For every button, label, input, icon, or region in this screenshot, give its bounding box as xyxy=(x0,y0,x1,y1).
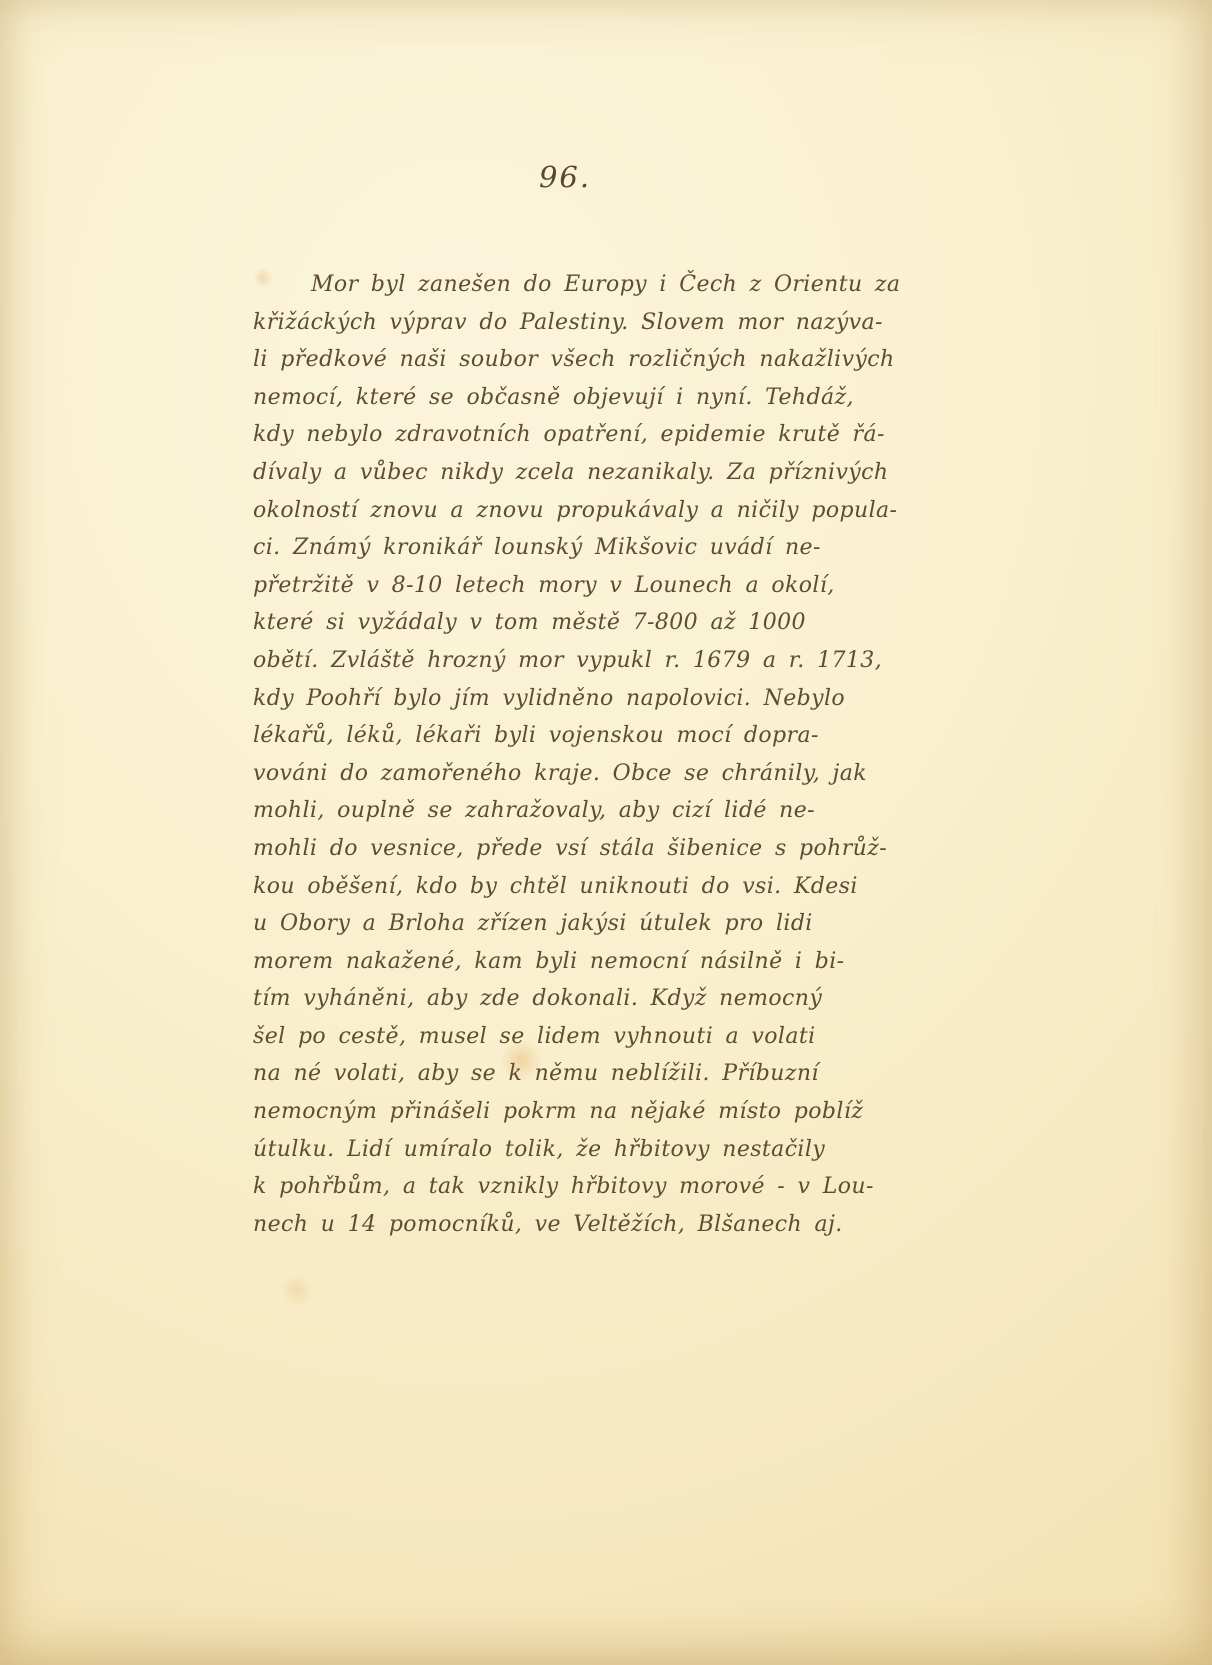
text-line: morem nakažené, kam byli nemocní násilně… xyxy=(253,943,953,981)
text-line: na né volati, aby se k němu neblížili. P… xyxy=(253,1055,953,1093)
text-line: okolností znovu a znovu propukávaly a ni… xyxy=(253,492,953,530)
text-line: dívaly a vůbec nikdy zcela nezanikaly. Z… xyxy=(253,454,953,492)
text-line: šel po cestě, musel se lidem vyhnouti a … xyxy=(253,1018,953,1056)
text-line: křižáckých výprav do Palestiny. Slovem m… xyxy=(253,304,953,342)
text-line: kou oběšení, kdo by chtěl uniknouti do v… xyxy=(253,868,953,906)
text-line: li předkové naši soubor všech rozličných… xyxy=(253,341,953,379)
text-line: ci. Známý kronikář lounský Mikšovic uvád… xyxy=(253,529,953,567)
text-line: tím vyháněni, aby zde dokonali. Když nem… xyxy=(253,980,953,1018)
text-line: nemocí, které se občasně objevují i nyní… xyxy=(253,379,953,417)
text-line: kdy nebylo zdravotních opatření, epidemi… xyxy=(253,416,953,454)
manuscript-page-scan: 96. Mor byl zanešen do Europy i Čech z O… xyxy=(0,0,1212,1665)
text-line: útulku. Lidí umíralo tolik, že hřbitovy … xyxy=(253,1131,953,1169)
text-line: vováni do zamořeného kraje. Obce se chrá… xyxy=(253,755,953,793)
text-line: mohli do vesnice, přede vsí stála šibeni… xyxy=(253,830,953,868)
paper-stain xyxy=(280,1275,314,1305)
text-line: nemocným přinášeli pokrm na nějaké místo… xyxy=(253,1093,953,1131)
text-line: lékařů, léků, lékaři byli vojenskou mocí… xyxy=(253,717,953,755)
text-line: mohli, ouplně se zahražovaly, aby cizí l… xyxy=(253,792,953,830)
text-line: kdy Poohří bylo jím vylidněno napolovici… xyxy=(253,680,953,718)
text-line: nech u 14 pomocníků, ve Veltěžích, Blšan… xyxy=(253,1206,953,1244)
handwritten-text-block: Mor byl zanešen do Europy i Čech z Orien… xyxy=(253,266,953,1243)
text-line: u Obory a Brloha zřízen jakýsi útulek pr… xyxy=(253,905,953,943)
page-number: 96. xyxy=(520,160,610,194)
text-line: přetržitě v 8-10 letech mory v Lounech a… xyxy=(253,567,953,605)
text-line: obětí. Zvláště hrozný mor vypukl r. 1679… xyxy=(253,642,953,680)
text-line: které si vyžádaly v tom městě 7-800 až 1… xyxy=(253,604,953,642)
text-line: Mor byl zanešen do Europy i Čech z Orien… xyxy=(253,266,953,304)
text-line: k pohřbům, a tak vznikly hřbitovy morové… xyxy=(253,1168,953,1206)
